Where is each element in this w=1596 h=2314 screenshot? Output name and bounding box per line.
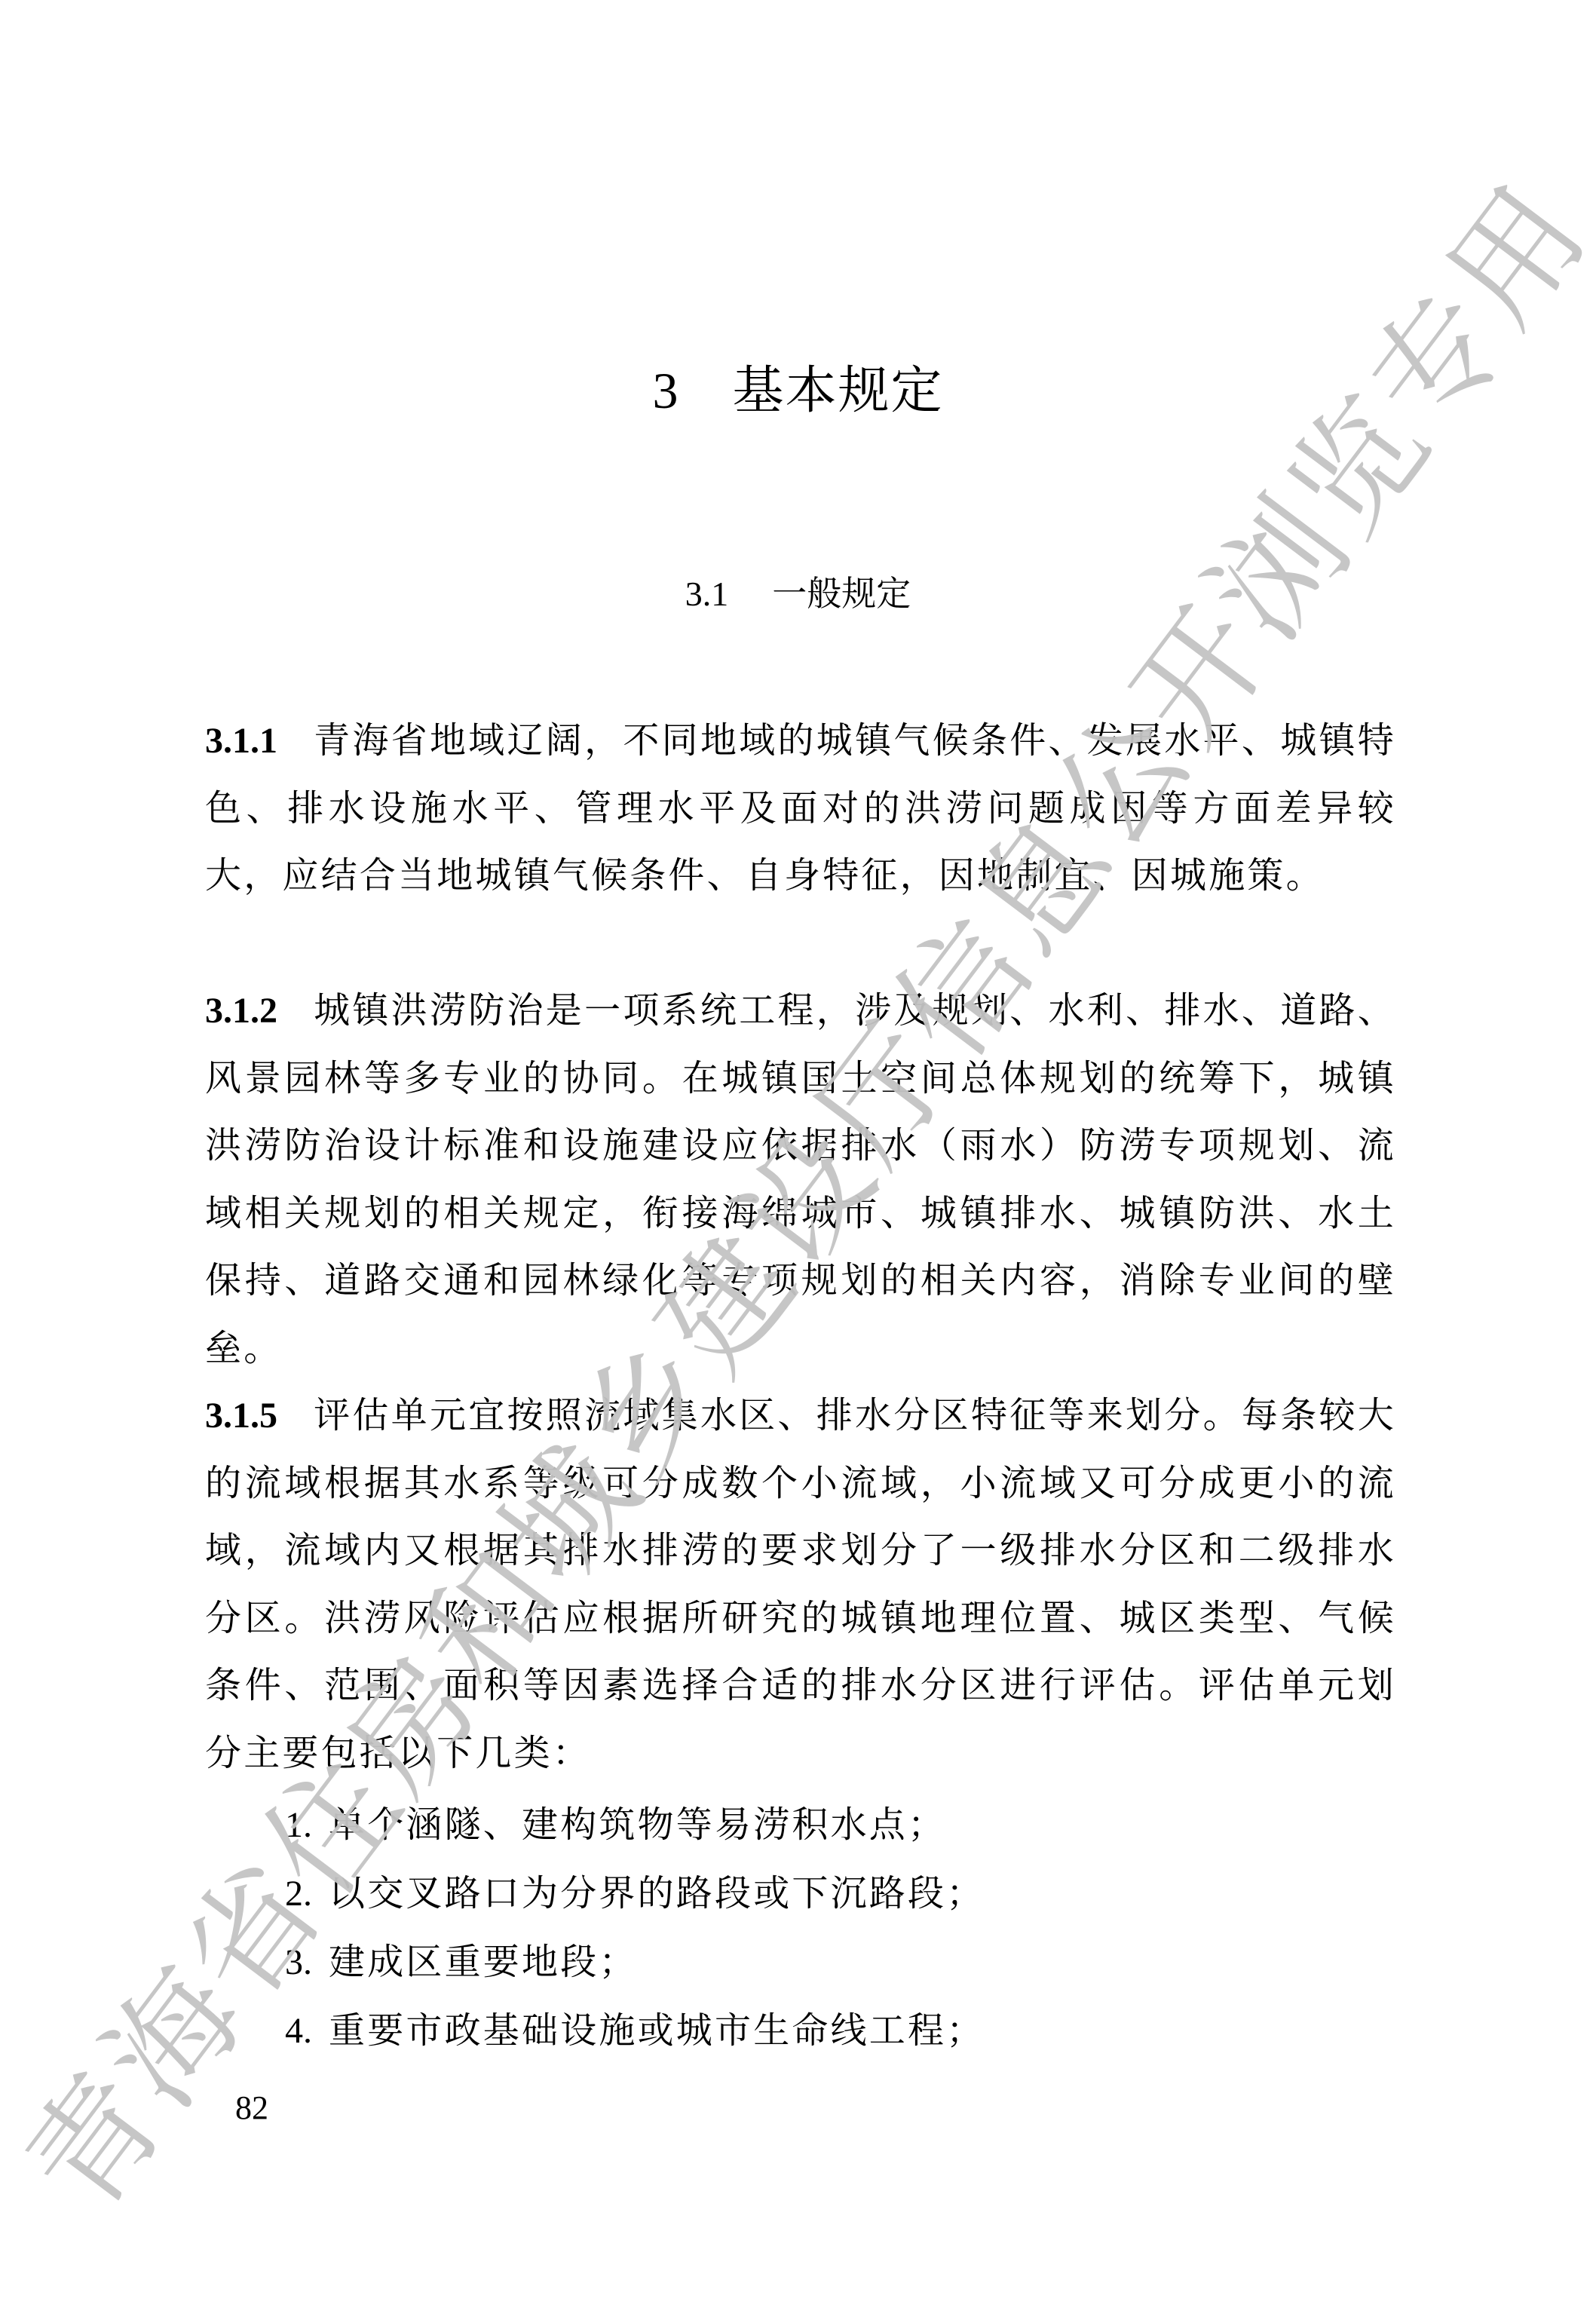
section-title-text: 一般规定 <box>772 573 911 614</box>
clause-text: 青海省地域辽阔，不同地域的城镇气候条件、发展水平、城镇特色、排水设施水平、管理水… <box>205 719 1396 896</box>
evaluation-unit-list: 1.单个涵隧、建构筑物等易涝积水点； 2.以交叉路口为分界的路段或下沉路段； 3… <box>285 1791 985 2065</box>
section-title: 3.1一般规定 <box>0 567 1596 621</box>
clause-3-1-1: 3.1.1青海省地域辽阔，不同地域的城镇气候条件、发展水平、城镇特色、排水设施水… <box>205 707 1396 910</box>
chapter-title: 3基本规定 <box>0 353 1596 429</box>
clause-number: 3.1.1 <box>205 721 277 761</box>
clause-3-1-5: 3.1.5评估单元宜按照流域集水区、排水分区特征等来划分。每条较大的流域根据其水… <box>205 1382 1396 1787</box>
clause-text: 城镇洪涝防治是一项系统工程，涉及规划、水利、排水、道路、风景园林等多专业的协同。… <box>205 989 1396 1369</box>
clause-number: 3.1.2 <box>205 991 277 1031</box>
page-number: 82 <box>235 2089 268 2127</box>
list-item: 2.以交叉路口为分界的路段或下沉路段； <box>285 1859 985 1928</box>
list-item: 3.建成区重要地段； <box>285 1928 985 1997</box>
clause-text: 评估单元宜按照流域集水区、排水分区特征等来划分。每条较大的流域根据其水系等级可分… <box>205 1394 1396 1774</box>
clause-number: 3.1.5 <box>205 1396 277 1436</box>
section-number: 3.1 <box>685 575 729 613</box>
chapter-title-text: 基本规定 <box>732 361 943 421</box>
list-item: 1.单个涵隧、建构筑物等易涝积水点； <box>285 1791 985 1859</box>
document-page: 3基本规定 3.1一般规定 3.1.1青海省地域辽阔，不同地域的城镇气候条件、发… <box>0 0 1596 2314</box>
chapter-number: 3 <box>652 362 679 419</box>
clause-3-1-2: 3.1.2城镇洪涝防治是一项系统工程，涉及规划、水利、排水、道路、风景园林等多专… <box>205 977 1396 1382</box>
list-item: 4.重要市政基础设施或城市生命线工程； <box>285 1997 985 2065</box>
